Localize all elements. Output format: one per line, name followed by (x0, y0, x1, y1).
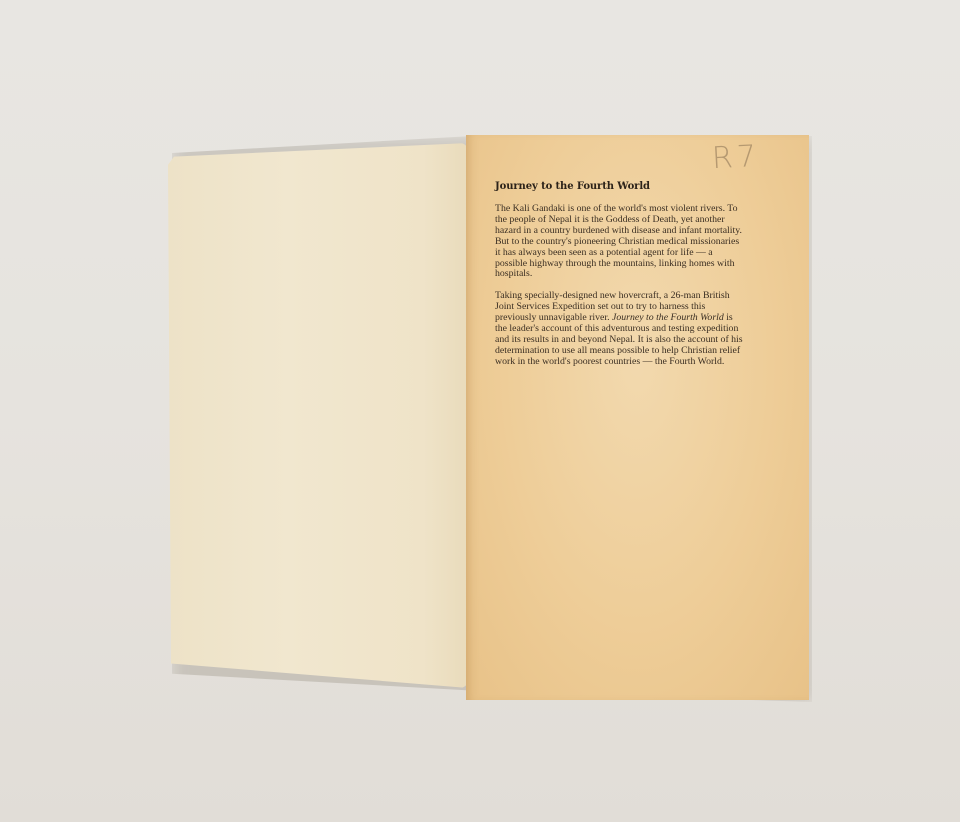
blurb-paragraph-1: The Kali Gandaki is one of the world's m… (495, 204, 745, 280)
book-title-italic: Journey to the Fourth World (612, 312, 724, 323)
left-blank-page (168, 143, 468, 688)
handwritten-note: R7 (711, 139, 761, 176)
blurb-paragraph-2: Taking specially-designed new hovercraft… (495, 291, 745, 367)
book-blurb: Journey to the Fourth World The Kali Gan… (495, 181, 745, 379)
book-title: Journey to the Fourth World (495, 181, 745, 192)
photo-scene: R7 Journey to the Fourth World The Kali … (0, 0, 960, 822)
